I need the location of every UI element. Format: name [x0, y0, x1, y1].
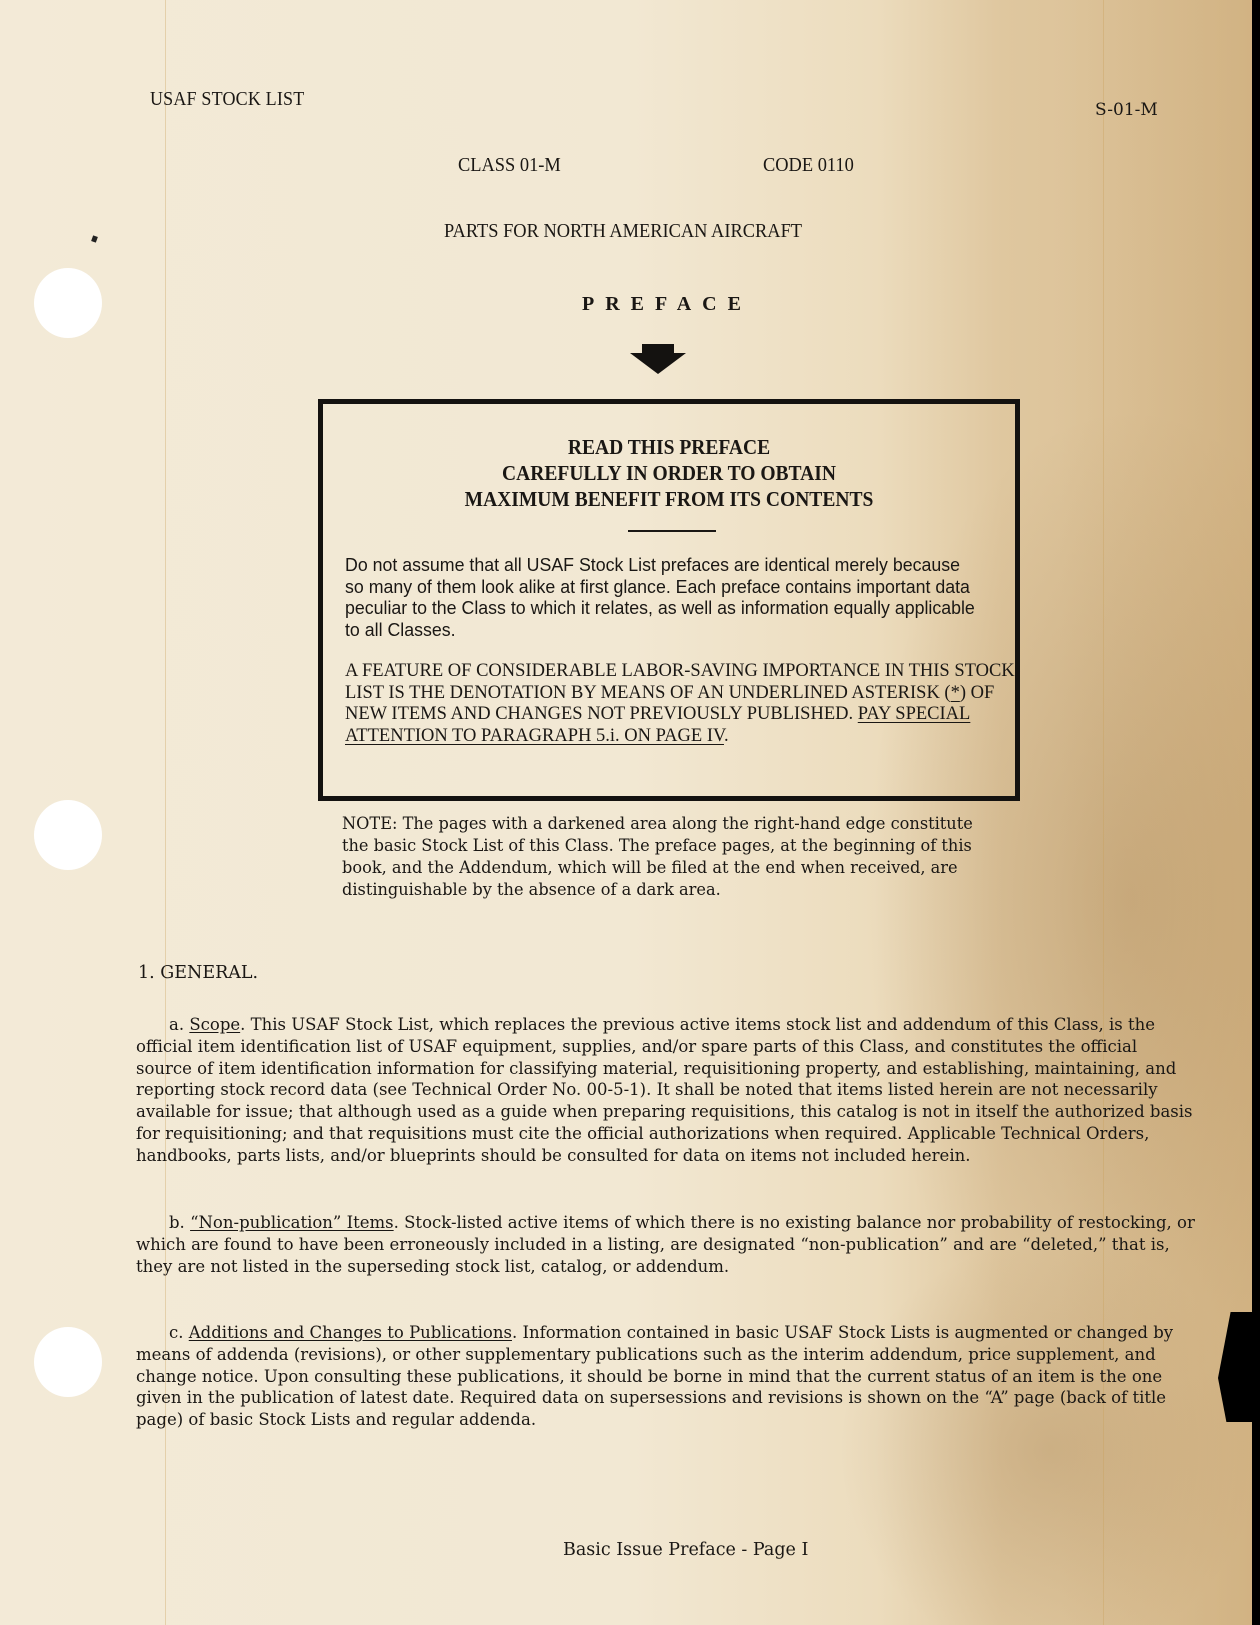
- notice-paragraph: Do not assume that all USAF Stock List p…: [345, 554, 979, 640]
- header-left: USAF STOCK LIST: [150, 88, 304, 111]
- underlined-asterisk: *: [951, 683, 960, 703]
- code-label: CODE 0110: [763, 154, 854, 177]
- notice-heading-line: CAREFULLY IN ORDER TO OBTAIN: [347, 460, 991, 486]
- punch-hole-icon: [34, 800, 102, 870]
- punch-hole-icon: [34, 1327, 102, 1397]
- down-arrow-icon: [630, 344, 686, 374]
- page-footer: Basic Issue Preface - Page I: [563, 1540, 808, 1560]
- paragraph-prefix: c.: [169, 1323, 184, 1342]
- notice-box: READ THIS PREFACE CAREFULLY IN ORDER TO …: [318, 399, 1020, 801]
- notice-text: A FEATURE OF CONSIDERABLE LABOR-SAVING I…: [345, 661, 1015, 703]
- paragraph-text: . This USAF Stock List, which replaces t…: [136, 1015, 1193, 1165]
- paragraph-b: b. “Non-publication” Items. Stock-listed…: [136, 1212, 1196, 1277]
- document-page: USAF STOCK LIST S-01-M CLASS 01-M CODE 0…: [0, 0, 1252, 1625]
- paragraph-label: Scope: [189, 1015, 240, 1034]
- punch-hole-icon: [34, 268, 102, 338]
- note-paragraph: NOTE: The pages with a darkened area alo…: [342, 813, 989, 901]
- section-heading: 1. GENERAL.: [138, 963, 258, 983]
- notice-text: .: [724, 726, 729, 746]
- divider: [628, 530, 716, 532]
- paragraph-label: “Non-publication” Items: [190, 1213, 394, 1232]
- header-right-doc-id: S-01-M: [1095, 100, 1158, 120]
- paragraph-c: c. Additions and Changes to Publications…: [136, 1322, 1196, 1431]
- paragraph-label: Additions and Changes to Publications: [189, 1323, 512, 1342]
- paragraph-a: a. Scope. This USAF Stock List, which re…: [136, 1014, 1196, 1167]
- ink-speck: [91, 235, 98, 242]
- notice-heading: READ THIS PREFACE CAREFULLY IN ORDER TO …: [347, 434, 991, 512]
- subject-title: PARTS FOR NORTH AMERICAN AIRCRAFT: [444, 220, 802, 243]
- section-title: PREFACE: [582, 293, 752, 316]
- notice-feature-paragraph: A FEATURE OF CONSIDERABLE LABOR-SAVING I…: [345, 661, 1025, 747]
- paragraph-prefix: b.: [169, 1213, 185, 1232]
- paragraph-prefix: a.: [169, 1015, 184, 1034]
- notice-heading-line: MAXIMUM BENEFIT FROM ITS CONTENTS: [347, 486, 991, 512]
- class-label: CLASS 01-M: [458, 154, 561, 177]
- notice-heading-line: READ THIS PREFACE: [347, 434, 991, 460]
